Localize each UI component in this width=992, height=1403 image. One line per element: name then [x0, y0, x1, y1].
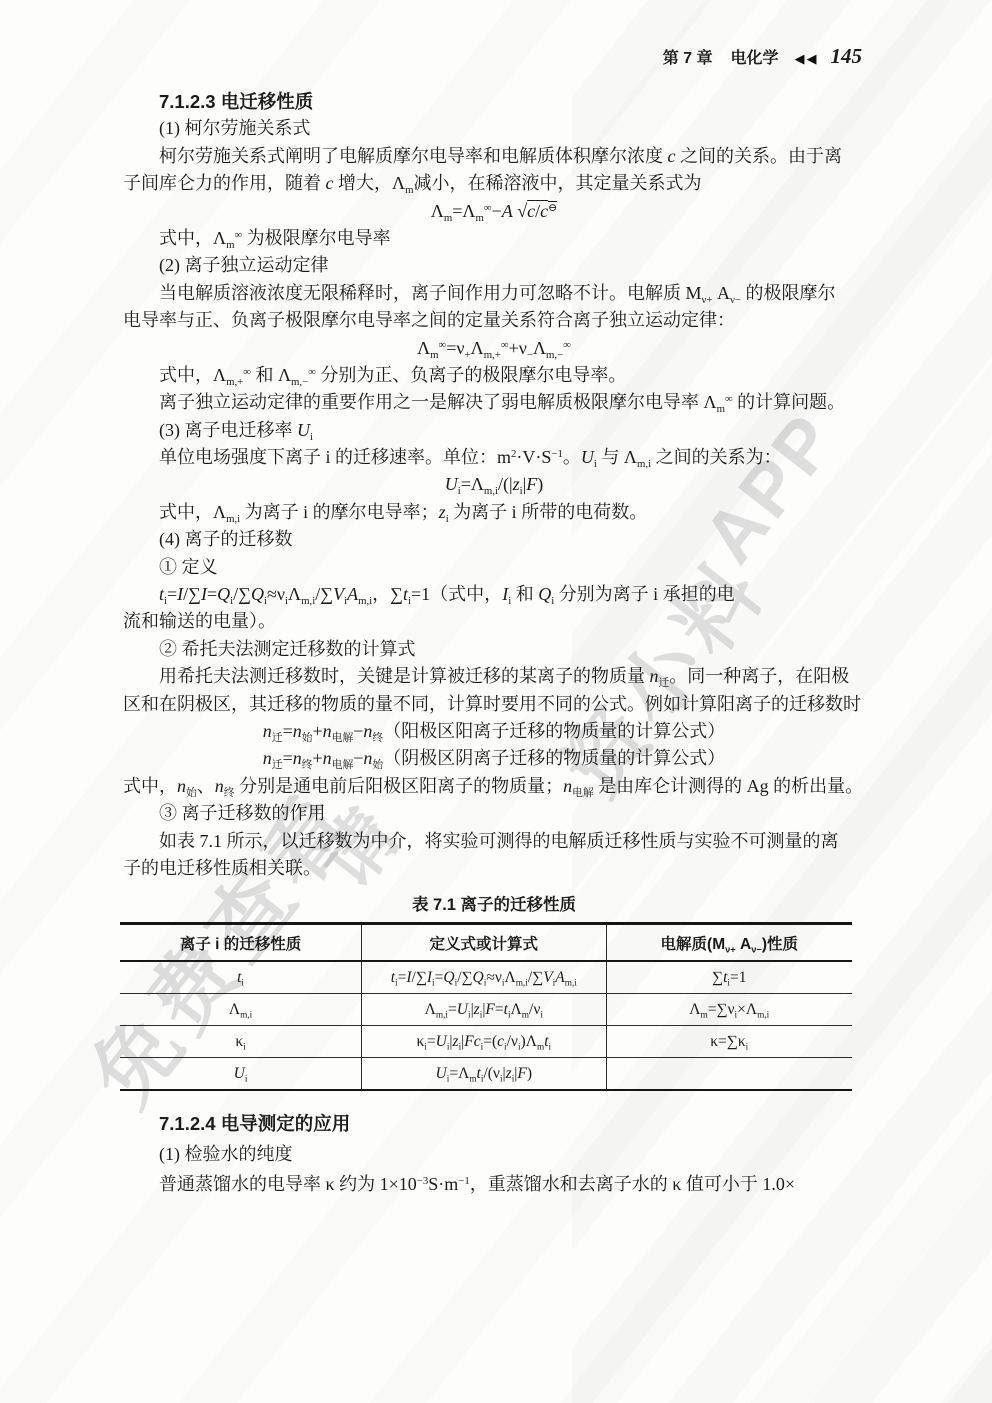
text-line: 流和输送的电量）。 — [123, 608, 865, 635]
text-line: (2) 离子独立运动定律 — [123, 252, 865, 279]
text-line: 式中，n始、n终 分别是通电前后阳极区阳离子的物质量；n电解 是由库仑计测得的 … — [123, 773, 865, 800]
text-line: 单位电场强度下离子 i 的迁移速率。单位：m2·V·S−1。Ui 与 Λm,i … — [123, 444, 865, 471]
table-cell: ∑ti=1 — [606, 961, 852, 994]
text-line: 电导率与正、负离子极限摩尔电导率之间的定量关系符合离子独立运动定律： — [123, 307, 865, 334]
text-line: 用希托夫法测迁移数时，关键是计算被迁移的某离子的物质量 n迁。同一种离子，在阳极 — [123, 663, 865, 690]
text-line: 式中，Λm,i 为离子 i 的摩尔电导率；zi 为离子 i 所带的电荷数。 — [123, 499, 865, 526]
text-block-lower: 7.1.2.4 电导测定的应用(1) 检验水的纯度普通蒸馏水的电导率 κ 约为 … — [123, 1109, 865, 1199]
text-line: ti=I/∑I=Qi/∑Qi≈νiΛm,i/∑ViAm,i，∑ti=1（式中，I… — [123, 581, 865, 608]
table-cell: Ui=Λmti/(νi|zi|F) — [362, 1058, 606, 1091]
table-row: Λm,iΛm,i=Ui|zi|F=tiΛm/νiΛm=∑νi×Λm,i — [120, 994, 852, 1026]
table-cell: Λm,i — [120, 994, 362, 1026]
text-line: (1) 检验水的纯度 — [123, 1139, 865, 1169]
table-cell: ti — [120, 961, 362, 994]
text-line: 子间库仑力的作用，随着 c 增大，Λm减小，在稀溶液中，其定量关系式为 — [123, 170, 865, 197]
section-heading: 7.1.2.4 电导测定的应用 — [123, 1109, 865, 1139]
chapter-label: 第 7 章 — [663, 50, 713, 67]
table-row: κiκi=Ui|zi|Fci=(ci/νi)Λmtiκ=∑κi — [120, 1026, 852, 1058]
column-header: 定义式或计算式 — [362, 924, 606, 962]
section-heading: 7.1.2.3 电迁移性质 — [123, 88, 865, 115]
text-line: (1) 柯尔劳施关系式 — [123, 115, 865, 142]
text-line: 式中，Λm,+∞ 和 Λm,−∞ 分别为正、负离子的极限摩尔电导率。 — [123, 362, 865, 389]
table-row: UiUi=Λmti/(νi|zi|F) — [120, 1058, 852, 1091]
transport-properties-table: 离子 i 的迁移性质定义式或计算式电解质(Mν+ Aν−)性质 titi=I/∑… — [120, 922, 852, 1091]
text-line: 柯尔劳施关系式阐明了电解质摩尔电导率和电解质体积摩尔浓度 c 之间的关系。由于离 — [123, 143, 865, 170]
table-cell: κ=∑κi — [606, 1026, 852, 1058]
text-line: 区和在阴极区，其迁移的物质的量不同，计算时要用不同的公式。例如计算阳离子的迁移数… — [123, 691, 865, 718]
book-page: 免费查看 请 资小料 APP 第 7 章 电化学 ◀◀ 145 7.1.2.3 … — [0, 0, 992, 1403]
formula-line: n迁=n始+n电解−n终（阳极区阳离子迁移的物质量的计算公式） — [123, 718, 865, 745]
table-cell: ti=I/∑Ii=Qi/∑Qi≈νiΛm,i/∑ViAm,i — [362, 961, 606, 994]
formula-line: Λm∞=ν+Λm,+∞+ν−Λm,−∞ — [123, 335, 865, 362]
table-cell — [606, 1058, 852, 1091]
formula-line: n迁=n终+n电解−n始（阴极区阴离子迁移的物质量的计算公式） — [123, 745, 865, 772]
table-header: 离子 i 的迁移性质定义式或计算式电解质(Mν+ Aν−)性质 — [120, 924, 852, 962]
text-line: 离子独立运动定律的重要作用之一是解决了弱电解质极限摩尔电导率 Λm∞ 的计算问题… — [123, 389, 865, 416]
text-line: ② 希托夫法测定迁移数的计算式 — [123, 636, 865, 663]
formula-line: Λm=Λm∞−A √c/c⊖ — [123, 198, 865, 225]
table-cell: Ui — [120, 1058, 362, 1091]
double-arrow-icon: ◀◀ — [795, 51, 819, 66]
table-caption: 表 7.1 离子的迁移性质 — [123, 892, 865, 918]
running-head: 第 7 章 电化学 ◀◀ 145 — [0, 44, 992, 69]
section-title-label: 电化学 — [730, 50, 778, 67]
column-header: 电解质(Mν+ Aν−)性质 — [606, 924, 852, 962]
text-line: 当电解质溶液浓度无限稀释时，离子间作用力可忽略不计。电解质 Mν+ Aν− 的极… — [123, 280, 865, 307]
table-cell: Λm=∑νi×Λm,i — [606, 994, 852, 1026]
text-line: (3) 离子电迁移率 Ui — [123, 417, 865, 444]
page-number: 145 — [831, 44, 863, 68]
text-line: 普通蒸馏水的电导率 κ 约为 1×10−3S·m−1，重蒸馏水和去离子水的 κ … — [123, 1169, 865, 1199]
text-line: ① 定义 — [123, 554, 865, 581]
formula-line: Ui=Λm,i/(|zi|F) — [123, 471, 865, 498]
page-content: 7.1.2.3 电迁移性质(1) 柯尔劳施关系式柯尔劳施关系式阐明了电解质摩尔电… — [123, 88, 865, 1199]
text-line: 如表 7.1 所示，以迁移数为中介，将实验可测得的电解质迁移性质与实验不可测量的… — [123, 828, 865, 855]
text-line: ③ 离子迁移数的作用 — [123, 800, 865, 827]
text-line: (4) 离子的迁移数 — [123, 526, 865, 553]
table-row: titi=I/∑Ii=Qi/∑Qi≈νiΛm,i/∑ViAm,i∑ti=1 — [120, 961, 852, 994]
text-line: 式中，Λm∞ 为极限摩尔电导率 — [123, 225, 865, 252]
table-body: titi=I/∑Ii=Qi/∑Qi≈νiΛm,i/∑ViAm,i∑ti=1Λm,… — [120, 961, 852, 1090]
table-cell: Λm,i=Ui|zi|F=tiΛm/νi — [362, 994, 606, 1026]
column-header: 离子 i 的迁移性质 — [120, 924, 362, 962]
text-line: 子的电迁移性质相关联。 — [123, 855, 865, 882]
table-cell: κi — [120, 1026, 362, 1058]
table-cell: κi=Ui|zi|Fci=(ci/νi)Λmti — [362, 1026, 606, 1058]
text-block-upper: 7.1.2.3 电迁移性质(1) 柯尔劳施关系式柯尔劳施关系式阐明了电解质摩尔电… — [123, 88, 865, 882]
table-header-row: 离子 i 的迁移性质定义式或计算式电解质(Mν+ Aν−)性质 — [120, 924, 852, 962]
